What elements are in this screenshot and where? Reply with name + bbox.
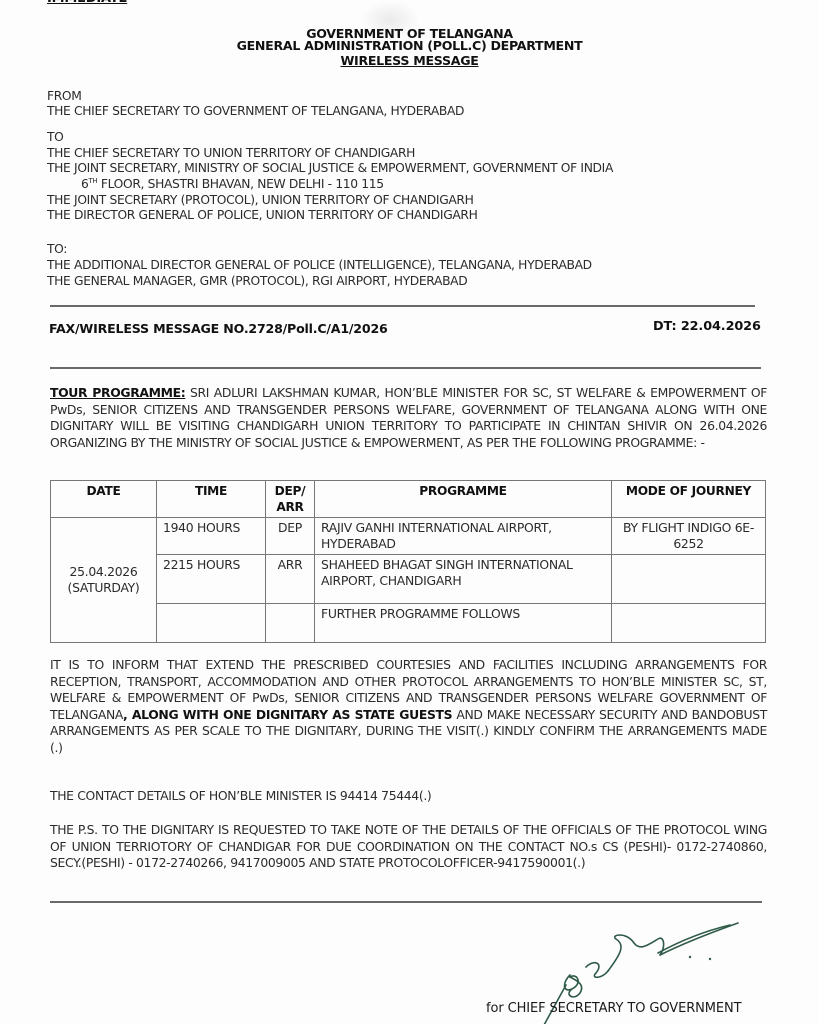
programme-table: DATE TIME DEP/ ARR PROGRAMME MODE OF JOU…: [50, 480, 766, 643]
divider-3: [50, 901, 762, 903]
document-type-title: WIRELESS MESSAGE: [0, 53, 819, 68]
department-title: GENERAL ADMINISTRATION (POLL.C) DEPARTME…: [0, 38, 819, 53]
programme-cell: RAJIV GANHI INTERNATIONAL AIRPORT, HYDER…: [315, 518, 612, 555]
time-cell: [157, 604, 266, 643]
to-address-3: THE JOINT SECRETARY (PROTOCOL), UNION TE…: [47, 193, 474, 207]
dep-arr-cell: DEP: [266, 518, 315, 555]
header-programme: PROGRAMME: [315, 481, 612, 518]
wireless-message-document: IMMEDIATE GOVERNMENT OF TELANGANA GENERA…: [0, 0, 819, 1024]
message-date: DT: 22.04.2026: [653, 319, 761, 334]
table-row: FURTHER PROGRAMME FOLLOWS: [51, 604, 766, 643]
to-address-2-location: 6TH FLOOR, SHASTRI BHAVAN, NEW DELHI - 1…: [81, 177, 384, 191]
time-cell: 2215 HOURS: [157, 555, 266, 604]
from-label: FROM: [47, 89, 82, 103]
date-value: 25.04.2026: [57, 564, 150, 580]
floor-suffix: TH: [88, 177, 97, 185]
to-address-4: THE DIRECTOR GENERAL OF POLICE, UNION TE…: [47, 208, 478, 222]
tour-programme-label: TOUR PROGRAMME:: [50, 385, 185, 400]
table-header-row: DATE TIME DEP/ ARR PROGRAMME MODE OF JOU…: [51, 481, 766, 518]
instructions-emphasis: , ALONG WITH ONE DIGNITARY AS STATE GUES…: [123, 707, 452, 722]
to-label: TO: [47, 130, 64, 144]
divider-2: [50, 367, 761, 369]
table-row: 25.04.2026 (SATURDAY) 1940 HOURS DEP RAJ…: [51, 518, 766, 555]
floor-address: FLOOR, SHASTRI BHAVAN, NEW DELHI - 110 1…: [97, 177, 383, 191]
protocol-contacts-paragraph: THE P.S. TO THE DIGNITARY IS REQUESTED T…: [50, 822, 767, 872]
to-address-1: THE CHIEF SECRETARY TO UNION TERRITORY O…: [47, 146, 415, 160]
tour-programme-paragraph: TOUR PROGRAMME: SRI ADLURI LAKSHMAN KUMA…: [50, 385, 767, 451]
message-number: FAX/WIRELESS MESSAGE NO.2728/Poll.C/A1/2…: [49, 321, 388, 336]
from-address: THE CHIEF SECRETARY TO GOVERNMENT OF TEL…: [47, 104, 464, 118]
signatory-designation: for CHIEF SECRETARY TO GOVERNMENT: [486, 1001, 741, 1016]
mode-cell: [612, 555, 766, 604]
dep-arr-cell: ARR: [266, 555, 315, 604]
copy-to-address-2: THE GENERAL MANAGER, GMR (PROTOCOL), RGI…: [47, 274, 467, 288]
header-time: TIME: [157, 481, 266, 518]
header-mode-of-journey: MODE OF JOURNEY: [612, 481, 766, 518]
mode-cell: [612, 604, 766, 643]
copy-to-label: TO:: [47, 242, 67, 256]
header-dep-arr: DEP/ ARR: [266, 481, 315, 518]
instructions-paragraph: IT IS TO INFORM THAT EXTEND THE PRESCRIB…: [50, 657, 767, 756]
mode-cell: BY FLIGHT INDIGO 6E-6252: [612, 518, 766, 555]
programme-cell: SHAHEED BHAGAT SINGH INTERNATIONAL AIRPO…: [315, 555, 612, 604]
divider-1: [50, 305, 755, 307]
priority-label: IMMEDIATE: [47, 0, 127, 6]
programme-cell: FURTHER PROGRAMME FOLLOWS: [315, 604, 612, 643]
table-row: 2215 HOURS ARR SHAHEED BHAGAT SINGH INTE…: [51, 555, 766, 604]
minister-contact-paragraph: THE CONTACT DETAILS OF HON’BLE MINISTER …: [50, 788, 767, 805]
time-cell: 1940 HOURS: [157, 518, 266, 555]
dep-arr-cell: [266, 604, 315, 643]
day-value: (SATURDAY): [57, 580, 150, 596]
date-cell: 25.04.2026 (SATURDAY): [51, 518, 157, 643]
copy-to-address-1: THE ADDITIONAL DIRECTOR GENERAL OF POLIC…: [47, 258, 592, 272]
to-address-2: THE JOINT SECRETARY, MINISTRY OF SOCIAL …: [47, 161, 613, 175]
header-date: DATE: [51, 481, 157, 518]
